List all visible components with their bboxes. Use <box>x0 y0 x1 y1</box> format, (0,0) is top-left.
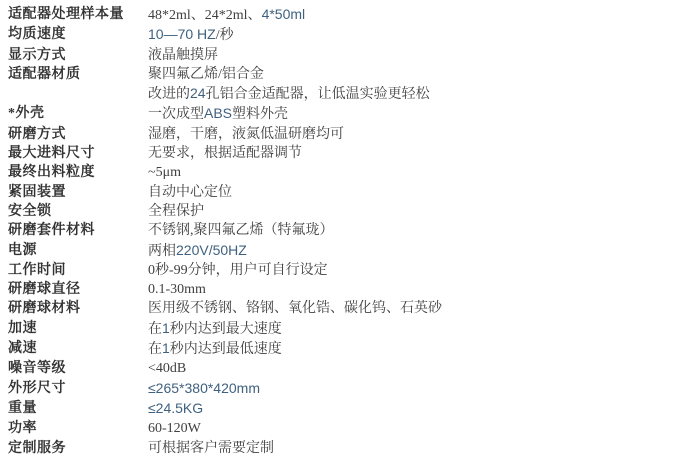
spec-row: 定制服务可根据客户需要定制 <box>0 439 693 454</box>
spec-value: 液晶触摸屏 <box>148 46 693 65</box>
spec-row: 噪音等级<40dB <box>0 359 693 378</box>
spec-value: 自动中心定位 <box>148 183 693 202</box>
spec-row: 均质速度10—70 HZ/秒 <box>0 25 693 45</box>
spec-label: 最终出料粒度 <box>0 163 148 182</box>
spec-value-segment: 4*50ml <box>262 6 306 22</box>
spec-value-segment: <40dB <box>148 361 186 376</box>
spec-value-segment: 自动中心定位 <box>148 185 232 200</box>
spec-value-segment: 两相 <box>148 244 176 259</box>
spec-value-segment: ABS <box>204 105 232 121</box>
spec-row: 适配器处理样本量48*2ml、24*2ml、4*50ml <box>0 5 693 25</box>
spec-value: 0秒-99分钟，用户可自行设定 <box>148 261 693 280</box>
spec-value: 聚四氟乙烯/铝合金 <box>148 65 693 84</box>
spec-row: *外壳一次成型ABS塑料外壳 <box>0 104 693 124</box>
spec-value-segment: 不锈钢,聚四氟乙烯（特氟珑） <box>148 223 334 238</box>
spec-value-segment: 湿磨，干磨，液氮低温研磨均可 <box>148 127 344 142</box>
spec-row: 外形尺寸≤265*380*420mm <box>0 379 693 399</box>
spec-label: 研磨球材料 <box>0 299 148 318</box>
spec-label: 研磨球直径 <box>0 280 148 299</box>
spec-value: ≤265*380*420mm <box>148 379 693 399</box>
spec-value-segment: 全程保护 <box>148 204 204 219</box>
spec-label: 适配器材质 <box>0 65 148 84</box>
spec-value-segment: 无要求，根据适配器调节 <box>148 146 302 161</box>
spec-row: 研磨套件材料不锈钢,聚四氟乙烯（特氟珑） <box>0 221 693 240</box>
spec-value: 0.1-30mm <box>148 280 693 299</box>
spec-row: 安全锁全程保护 <box>0 202 693 221</box>
spec-label: 研磨方式 <box>0 125 148 144</box>
spec-value: 不锈钢,聚四氟乙烯（特氟珑） <box>148 221 693 240</box>
spec-value: 可根据客户需要定制 <box>148 439 693 454</box>
spec-value-segment: 一次成型 <box>148 107 204 122</box>
spec-table: 适配器处理样本量48*2ml、24*2ml、4*50ml均质速度10—70 HZ… <box>0 0 693 454</box>
spec-row: 研磨方式湿磨，干磨，液氮低温研磨均可 <box>0 125 693 144</box>
spec-label: 最大进料尺寸 <box>0 144 148 163</box>
spec-label: 显示方式 <box>0 46 148 65</box>
spec-value: ≤24.5KG <box>148 399 693 419</box>
spec-value: 医用级不锈钢、铬钢、氧化锆、碳化钨、石英砂 <box>148 299 693 318</box>
spec-row: 适配器材质聚四氟乙烯/铝合金 <box>0 65 693 84</box>
spec-value-segment: 1 <box>162 340 170 356</box>
spec-value-segment: 医用级不锈钢、铬钢、氧化锆、碳化钨、石英砂 <box>148 301 442 316</box>
spec-value-segment: 24 <box>190 85 206 101</box>
spec-value: 在1秒内达到最低速度 <box>148 339 693 359</box>
spec-value: 48*2ml、24*2ml、4*50ml <box>148 5 693 25</box>
spec-row: 加速在1秒内达到最大速度 <box>0 319 693 339</box>
spec-value-segment: 在 <box>148 322 162 337</box>
spec-label: 功率 <box>0 419 148 438</box>
spec-value-segment: 220V/50HZ <box>176 242 247 258</box>
spec-value-segment: 秒内达到最低速度 <box>170 342 282 357</box>
spec-value-segment: ≤265*380*420mm <box>148 380 260 396</box>
spec-label: *外壳 <box>0 104 148 123</box>
spec-value-segment: 10—70 HZ <box>148 26 216 42</box>
spec-label: 减速 <box>0 339 148 358</box>
spec-value-segment: 在 <box>148 342 162 357</box>
spec-value-segment: ~5μm <box>148 165 181 180</box>
spec-value: 10—70 HZ/秒 <box>148 25 693 45</box>
spec-row: 功率60-120W <box>0 419 693 438</box>
spec-row: 重量≤24.5KG <box>0 399 693 419</box>
spec-label: 安全锁 <box>0 202 148 221</box>
spec-value-segment: 0秒-99分钟，用户可自行设定 <box>148 263 328 278</box>
spec-value-segment: 可根据客户需要定制 <box>148 441 274 454</box>
spec-row: 最大进料尺寸无要求，根据适配器调节 <box>0 144 693 163</box>
spec-value: 两相220V/50HZ <box>148 241 693 261</box>
spec-value: 无要求，根据适配器调节 <box>148 144 693 163</box>
spec-value: 一次成型ABS塑料外壳 <box>148 104 693 124</box>
spec-value-segment: 0.1-30mm <box>148 282 206 297</box>
spec-row: 显示方式液晶触摸屏 <box>0 46 693 65</box>
spec-value-segment: 聚四氟乙烯/铝合金 <box>148 67 264 82</box>
spec-row: 紧固装置自动中心定位 <box>0 183 693 202</box>
spec-value-segment: 改进的 <box>148 87 190 102</box>
spec-value: 改进的24孔铝合金适配器，让低温实验更轻松 <box>148 84 693 104</box>
spec-label: 研磨套件材料 <box>0 221 148 240</box>
spec-row: 减速在1秒内达到最低速度 <box>0 339 693 359</box>
spec-value-segment: 孔铝合金适配器，让低温实验更轻松 <box>206 87 430 102</box>
spec-value-segment: 1 <box>162 320 170 336</box>
spec-value-segment: 秒内达到最大速度 <box>170 322 282 337</box>
spec-label: 工作时间 <box>0 261 148 280</box>
spec-value-segment: 48*2ml、24*2ml、 <box>148 8 262 23</box>
spec-row: 研磨球材料医用级不锈钢、铬钢、氧化锆、碳化钨、石英砂 <box>0 299 693 318</box>
spec-label: 外形尺寸 <box>0 379 148 398</box>
spec-value: 60-120W <box>148 419 693 438</box>
spec-row: 工作时间0秒-99分钟，用户可自行设定 <box>0 261 693 280</box>
spec-value: <40dB <box>148 359 693 378</box>
spec-row: 最终出料粒度~5μm <box>0 163 693 182</box>
spec-label: 定制服务 <box>0 439 148 454</box>
spec-value-segment: 塑料外壳 <box>232 107 288 122</box>
spec-value-segment: 60-120W <box>148 421 201 436</box>
spec-row: 电源两相220V/50HZ <box>0 241 693 261</box>
spec-label: 电源 <box>0 241 148 260</box>
spec-value: 全程保护 <box>148 202 693 221</box>
spec-row: 改进的24孔铝合金适配器，让低温实验更轻松 <box>0 84 693 104</box>
spec-value-segment: ≤24.5KG <box>148 400 203 416</box>
spec-label: 加速 <box>0 319 148 338</box>
spec-label: 均质速度 <box>0 25 148 44</box>
spec-label: 噪音等级 <box>0 359 148 378</box>
spec-value: 在1秒内达到最大速度 <box>148 319 693 339</box>
spec-value-segment: 液晶触摸屏 <box>148 48 218 63</box>
spec-label: 紧固装置 <box>0 183 148 202</box>
spec-value: 湿磨，干磨，液氮低温研磨均可 <box>148 125 693 144</box>
spec-label: 适配器处理样本量 <box>0 5 148 24</box>
spec-label: 重量 <box>0 399 148 418</box>
spec-row: 研磨球直径0.1-30mm <box>0 280 693 299</box>
spec-value-segment: /秒 <box>216 28 234 43</box>
spec-value: ~5μm <box>148 163 693 182</box>
